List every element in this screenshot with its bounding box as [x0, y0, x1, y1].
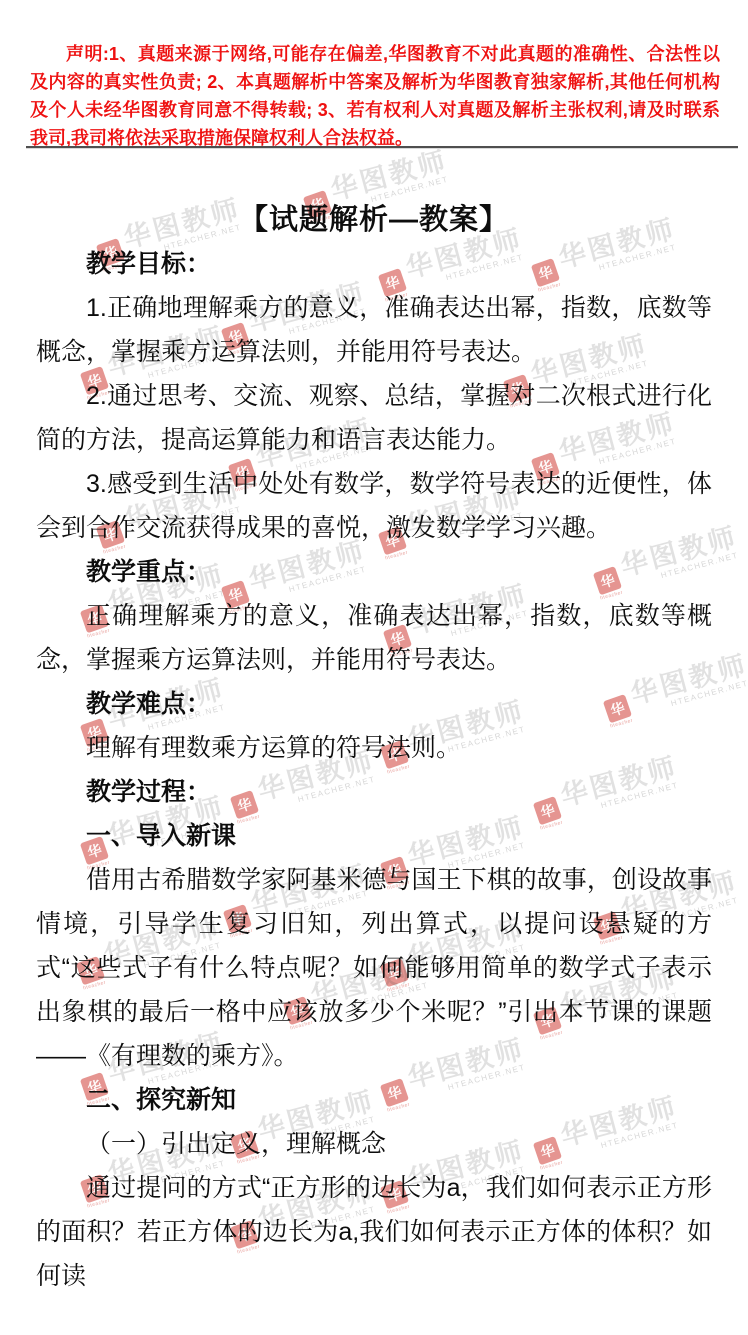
document-content: 【试题解析—教案】 教学目标：1.正确地理解乘方的意义，准确表达出幂，指数，底数… [36, 198, 712, 1298]
page-title: 【试题解析—教案】 [36, 198, 712, 242]
document-page: { "page": { "width": 748, "height": 1335… [0, 0, 748, 1335]
sections-container: 教学目标：1.正确地理解乘方的意义，准确表达出幂，指数，底数等概念，掌握乘方运算… [36, 242, 712, 1298]
watermark-text: 华图教师 [327, 146, 451, 206]
paragraph: 理解有理数乘方运算的符号法则。 [36, 726, 712, 770]
paragraph: 通过提问的方式“正方形的边长为a，我们如何表示正方形的面积？若正方体的边长为a,… [36, 1166, 712, 1298]
paragraph: 借用古希腊数学家阿基米德与国王下棋的故事，创设故事情境，引导学生复习旧知，列出算… [36, 858, 712, 1078]
paragraph: 3.感受到生活中处处有数学，数学符号表达的近便性，体会到合作交流获得成果的喜悦，… [36, 462, 712, 550]
section-heading: 教学难点： [36, 682, 712, 726]
disclaimer-text: 1、真题来源于网络,可能存在偏差,华图教育不对此真题的准确性、合法性以及内容的真… [30, 44, 720, 148]
disclaimer: 声明:1、真题来源于网络,可能存在偏差,华图教育不对此真题的准确性、合法性以及内… [30, 40, 720, 152]
section-heading: 教学过程： [36, 770, 712, 814]
section-heading: 教学重点： [36, 550, 712, 594]
section-heading: 一、导入新课 [36, 814, 712, 858]
paragraph: 正确理解乘方的意义，准确表达出幂，指数，底数等概念，掌握乘方运算法则，并能用符号… [36, 594, 712, 682]
paragraph: 2.通过思考、交流、观察、总结，掌握对二次根式进行化简的方法，提高运算能力和语言… [36, 374, 712, 462]
section-heading: 教学目标： [36, 242, 712, 286]
header-divider-line [26, 146, 738, 149]
paragraph: 1.正确地理解乘方的意义，准确表达出幂，指数，底数等概念，掌握乘方运算法则，并能… [36, 286, 712, 374]
section-heading: 二、探究新知 [36, 1078, 712, 1122]
disclaimer-label: 声明: [66, 44, 109, 64]
paragraph: （一）引出定义，理解概念 [36, 1122, 712, 1166]
